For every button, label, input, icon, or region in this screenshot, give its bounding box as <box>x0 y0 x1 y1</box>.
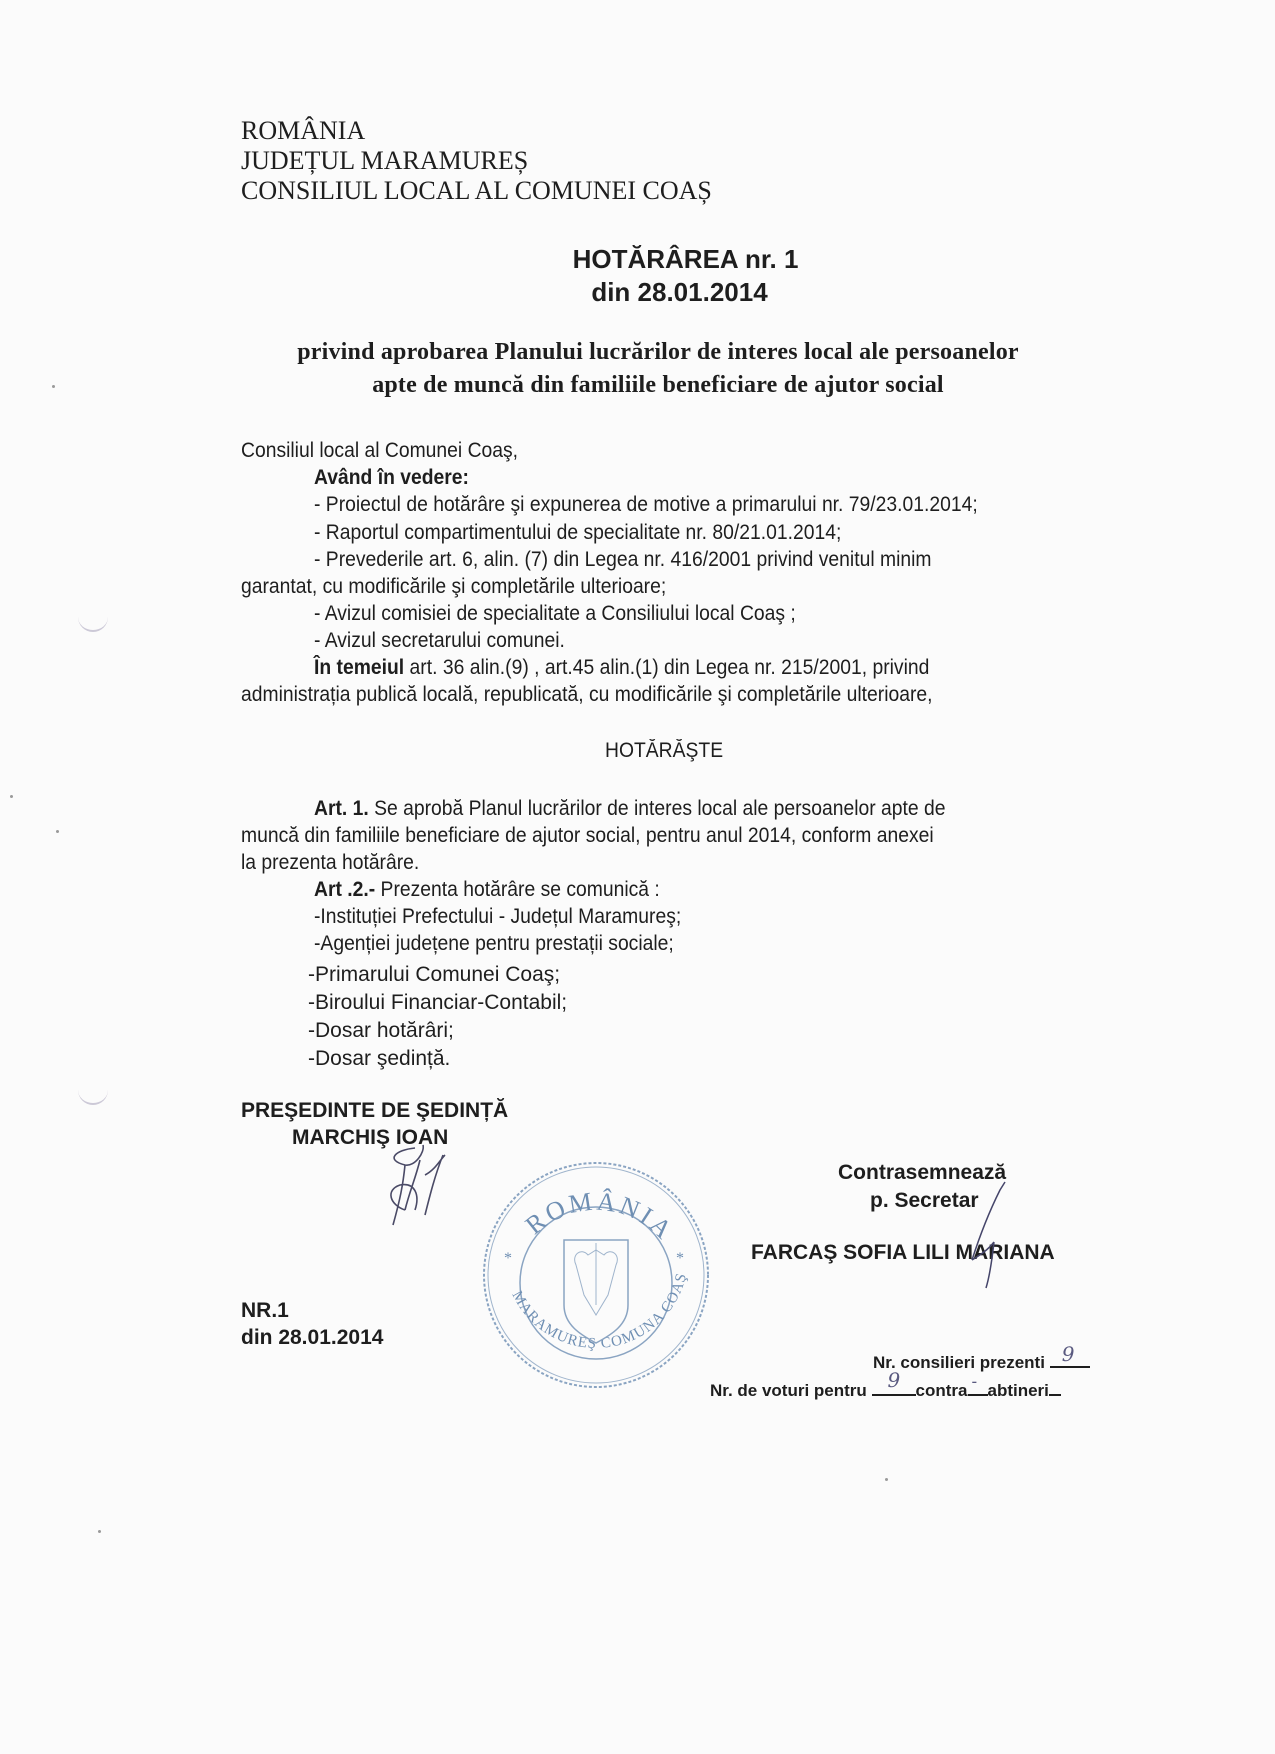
svg-text:*: * <box>676 1250 684 1267</box>
article-1-continuation: la prezenta hotărâre. <box>241 850 419 876</box>
decision-date: din 28.01.2014 <box>42 277 1275 308</box>
article-1: Art. 1. Se aprobă Planul lucrărilor de i… <box>314 796 945 822</box>
recipient-item: -Dosar şedință. <box>308 1047 450 1071</box>
considering-item-continuation: garantat, cu modificările şi completăril… <box>241 574 666 600</box>
votes-for-value: 9 <box>888 1368 901 1392</box>
considering-item: - Proiectul de hotărâre şi expunerea de … <box>314 492 978 518</box>
legal-basis-text: art. 36 alin.(9) , art.45 alin.(1) din L… <box>404 656 929 679</box>
legal-basis: În temeiul art. 36 alin.(9) , art.45 ali… <box>314 655 929 681</box>
article-1-continuation: muncă din familiile beneficiare de ajuto… <box>241 823 934 849</box>
punch-hole-mark <box>78 1085 108 1105</box>
article-1-label: Art. 1. <box>314 797 369 820</box>
recipient-item: -Primarului Comunei Coaş; <box>308 963 560 987</box>
legal-basis-continuation: administrația publică locală, republicat… <box>241 682 933 708</box>
svg-text:ROMÂNIA: ROMÂNIA <box>520 1186 680 1246</box>
president-title: PREŞEDINTE DE ŞEDINȚĂ <box>241 1099 508 1123</box>
considering-label: Având în vedere: <box>314 465 469 491</box>
recipient-item: -Dosar hotărâri; <box>308 1019 454 1043</box>
article-1-text: Se aprobă Planul lucrărilor de interes l… <box>369 797 946 820</box>
votes-for-field: 9 <box>872 1376 916 1396</box>
votes-against-value: - <box>972 1372 978 1392</box>
considering-item: - Prevederile art. 6, alin. (7) din Lege… <box>314 547 932 573</box>
article-2-text: Prezenta hotărâre se comunică : <box>375 878 660 901</box>
scan-dot <box>56 830 59 833</box>
svg-text:*: * <box>504 1250 512 1267</box>
decides-heading: HOTĂRĂŞTE <box>605 738 723 764</box>
president-signature-icon <box>375 1140 475 1240</box>
votes-for-label: Nr. de voturi pentru <box>710 1381 867 1400</box>
scan-dot <box>98 1530 101 1533</box>
decision-number: NR.1 <box>241 1299 289 1323</box>
votes-against-label: contra <box>916 1381 968 1400</box>
header-country: ROMÂNIA <box>241 116 365 145</box>
recipient-item: -Instituției Prefectului - Județul Maram… <box>314 904 681 930</box>
header-council: CONSILIUL LOCAL AL COMUNEI COAȘ <box>241 176 712 205</box>
article-2-label: Art .2.- <box>314 878 375 901</box>
present-councilors-field: 9 <box>1050 1348 1090 1368</box>
abstentions-label: abtineri <box>988 1381 1049 1400</box>
decision-title: HOTĂRÂREA nr. 1 <box>48 244 1275 275</box>
abstentions-field <box>1049 1376 1061 1396</box>
votes-against-field: - <box>968 1376 988 1396</box>
scan-dot <box>10 795 13 798</box>
punch-hole-mark <box>78 612 108 632</box>
svg-text:MARAMUREŞ COMUNA COAŞ: MARAMUREŞ COMUNA COAŞ <box>508 1271 690 1352</box>
legal-basis-label: În temeiul <box>314 656 404 679</box>
present-councilors-value: 9 <box>1062 1342 1075 1366</box>
considering-item: - Avizul comisiei de specialitate a Cons… <box>314 601 796 627</box>
header-county: JUDEȚUL MARAMUREȘ <box>241 146 528 175</box>
official-stamp-icon: ROMÂNIA MARAMUREŞ COMUNA COAŞ * * <box>476 1155 716 1395</box>
decision-subject-line2: apte de muncă din familiile beneficiare … <box>48 372 1268 399</box>
preamble-intro: Consiliul local al Comunei Coaş, <box>241 438 518 464</box>
considering-item: - Avizul secretarului comunei. <box>314 628 565 654</box>
scan-dot <box>52 385 55 388</box>
article-2: Art .2.- Prezenta hotărâre se comunică : <box>314 877 660 903</box>
considering-item: - Raportul compartimentului de specialit… <box>314 520 841 546</box>
decision-subject-line1: privind aprobarea Planului lucrărilor de… <box>48 339 1268 366</box>
decision-number-date: din 28.01.2014 <box>241 1326 383 1350</box>
secretary-signature-icon <box>960 1180 1020 1290</box>
present-councilors: Nr. consilieri prezenti 9 <box>873 1348 1090 1373</box>
recipient-item: -Biroului Financiar-Contabil; <box>308 991 567 1015</box>
recipient-item: -Agenției județene pentru prestații soci… <box>314 931 674 957</box>
scan-dot <box>885 1478 888 1481</box>
vote-count: Nr. de voturi pentru 9 contra-abtineri <box>710 1376 1061 1401</box>
